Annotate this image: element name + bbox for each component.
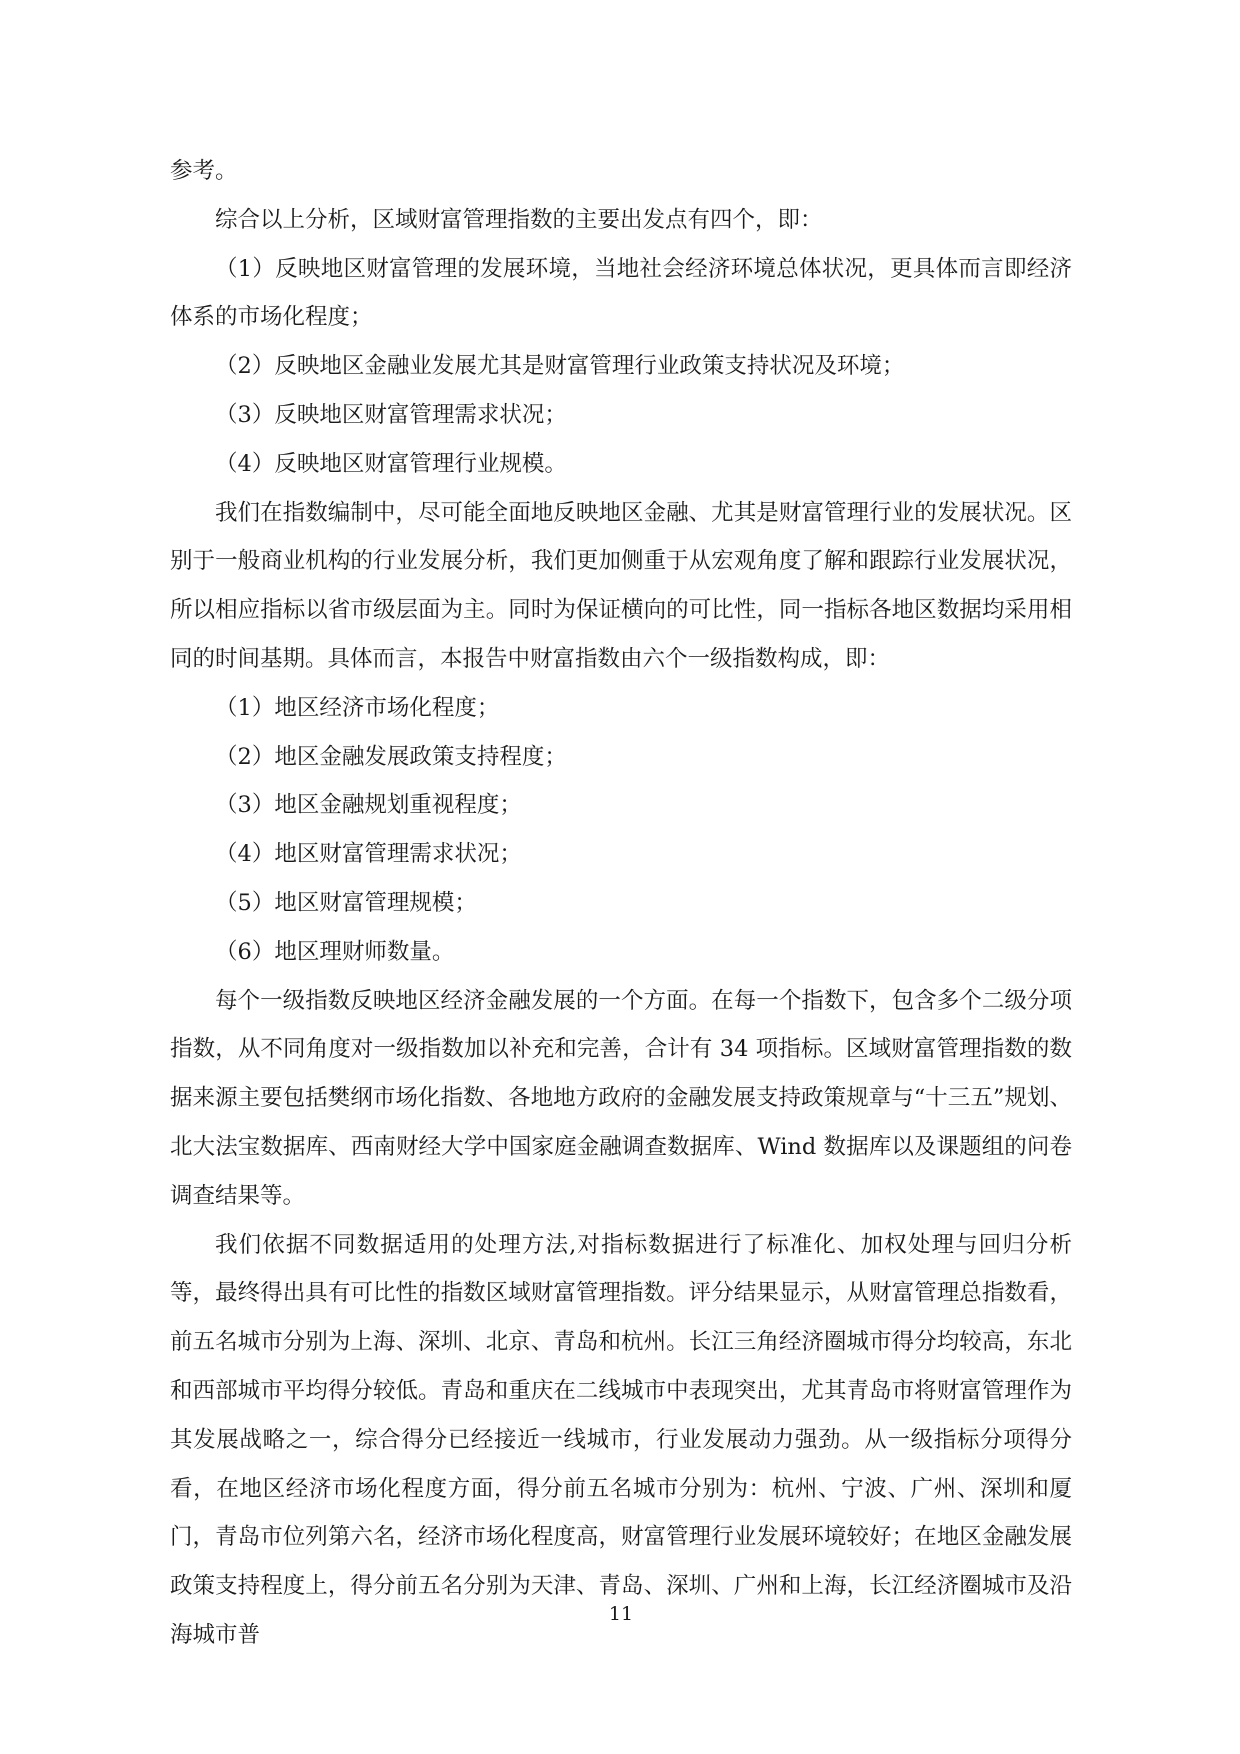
paragraph: 综合以上分析，区域财富管理指数的主要出发点有四个，即：: [170, 196, 1072, 245]
paragraph: （1）反映地区财富管理的发展环境，当地社会经济环境总体状况，更具体而言即经济体系…: [170, 245, 1072, 343]
paragraph: （5）地区财富管理规模；: [170, 879, 1072, 928]
paragraph: （1）地区经济市场化程度；: [170, 684, 1072, 733]
paragraph: 我们依据不同数据适用的处理方法,对指标数据进行了标准化、加权处理与回归分析等，最…: [170, 1221, 1072, 1660]
document-body: 参考。综合以上分析，区域财富管理指数的主要出发点有四个，即：（1）反映地区财富管…: [170, 147, 1072, 1660]
paragraph: 我们在指数编制中，尽可能全面地反映地区金融、尤其是财富管理行业的发展状况。区别于…: [170, 489, 1072, 684]
paragraph: （2）反映地区金融业发展尤其是财富管理行业政策支持状况及环境；: [170, 342, 1072, 391]
paragraph: （3）地区金融规划重视程度；: [170, 781, 1072, 830]
paragraph: （2）地区金融发展政策支持程度；: [170, 733, 1072, 782]
paragraph: 参考。: [170, 147, 1072, 196]
page-number: 11: [170, 1601, 1072, 1627]
document-page: 参考。综合以上分析，区域财富管理指数的主要出发点有四个，即：（1）反映地区财富管…: [0, 0, 1240, 1754]
paragraph: （3）反映地区财富管理需求状况；: [170, 391, 1072, 440]
paragraph: （4）反映地区财富管理行业规模。: [170, 440, 1072, 489]
paragraph: （6）地区理财师数量。: [170, 928, 1072, 977]
paragraph: （4）地区财富管理需求状况；: [170, 830, 1072, 879]
paragraph: 每个一级指数反映地区经济金融发展的一个方面。在每一个指数下，包含多个二级分项指数…: [170, 977, 1072, 1221]
